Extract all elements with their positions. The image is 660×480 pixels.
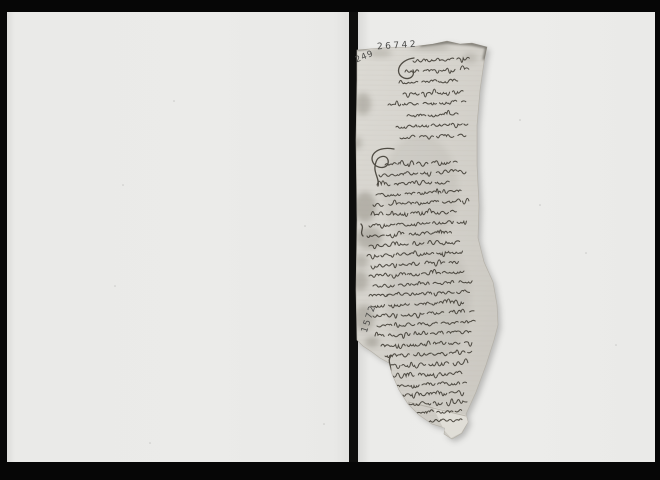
manuscript-fragment-art — [0, 0, 660, 480]
scanned-register-canvas: 26742 249 1572 — [0, 0, 660, 480]
